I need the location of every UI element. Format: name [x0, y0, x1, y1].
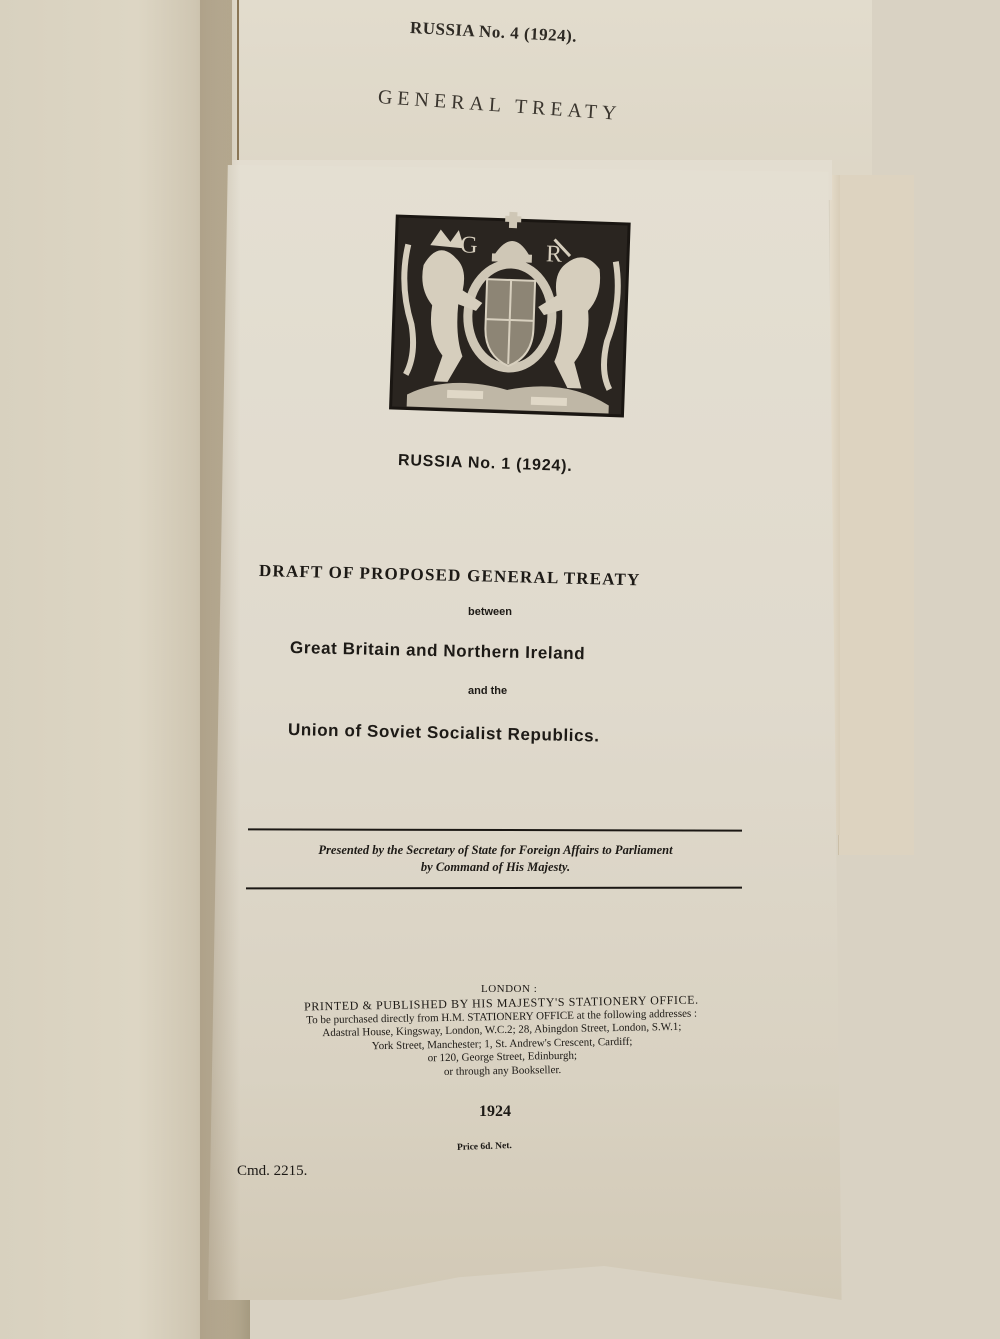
presented-line-2: by Command of His Majesty. [248, 859, 743, 876]
party-1: Great Britain and Northern Ireland [290, 638, 586, 664]
imprint-block: PRINTED & PUBLISHED BY HIS MAJESTY'S STA… [231, 992, 772, 1082]
imprint-place: LONDON : [481, 983, 537, 995]
presented-line-1: Presented by the Secretary of State for … [248, 842, 743, 859]
price-label: Price 6d. Net. [457, 1141, 512, 1153]
between-label: between [468, 606, 512, 618]
royal-coat-of-arms-icon: G R [388, 204, 631, 420]
series-label: RUSSIA No. 1 (1924). [398, 452, 573, 476]
rule-bottom [246, 887, 742, 890]
rule-top [248, 828, 742, 831]
presented-by-note: Presented by the Secretary of State for … [248, 842, 743, 876]
photo-scene: RUSSIA No. 4 (1924). GENERAL TREATY [0, 0, 1000, 1339]
front-page-content: G R RUSSIA No. 1 (1924). DRAFT OF PROPOS… [0, 0, 1000, 1339]
document-title: DRAFT OF PROPOSED GENERAL TREATY [259, 561, 641, 590]
command-number: Cmd. 2215. [237, 1163, 307, 1180]
party-2: Union of Soviet Socialist Republics. [288, 720, 600, 747]
and-the-label: and the [468, 685, 507, 697]
publication-year: 1924 [479, 1103, 511, 1121]
svg-text:G: G [460, 232, 478, 259]
svg-text:R: R [546, 241, 563, 268]
